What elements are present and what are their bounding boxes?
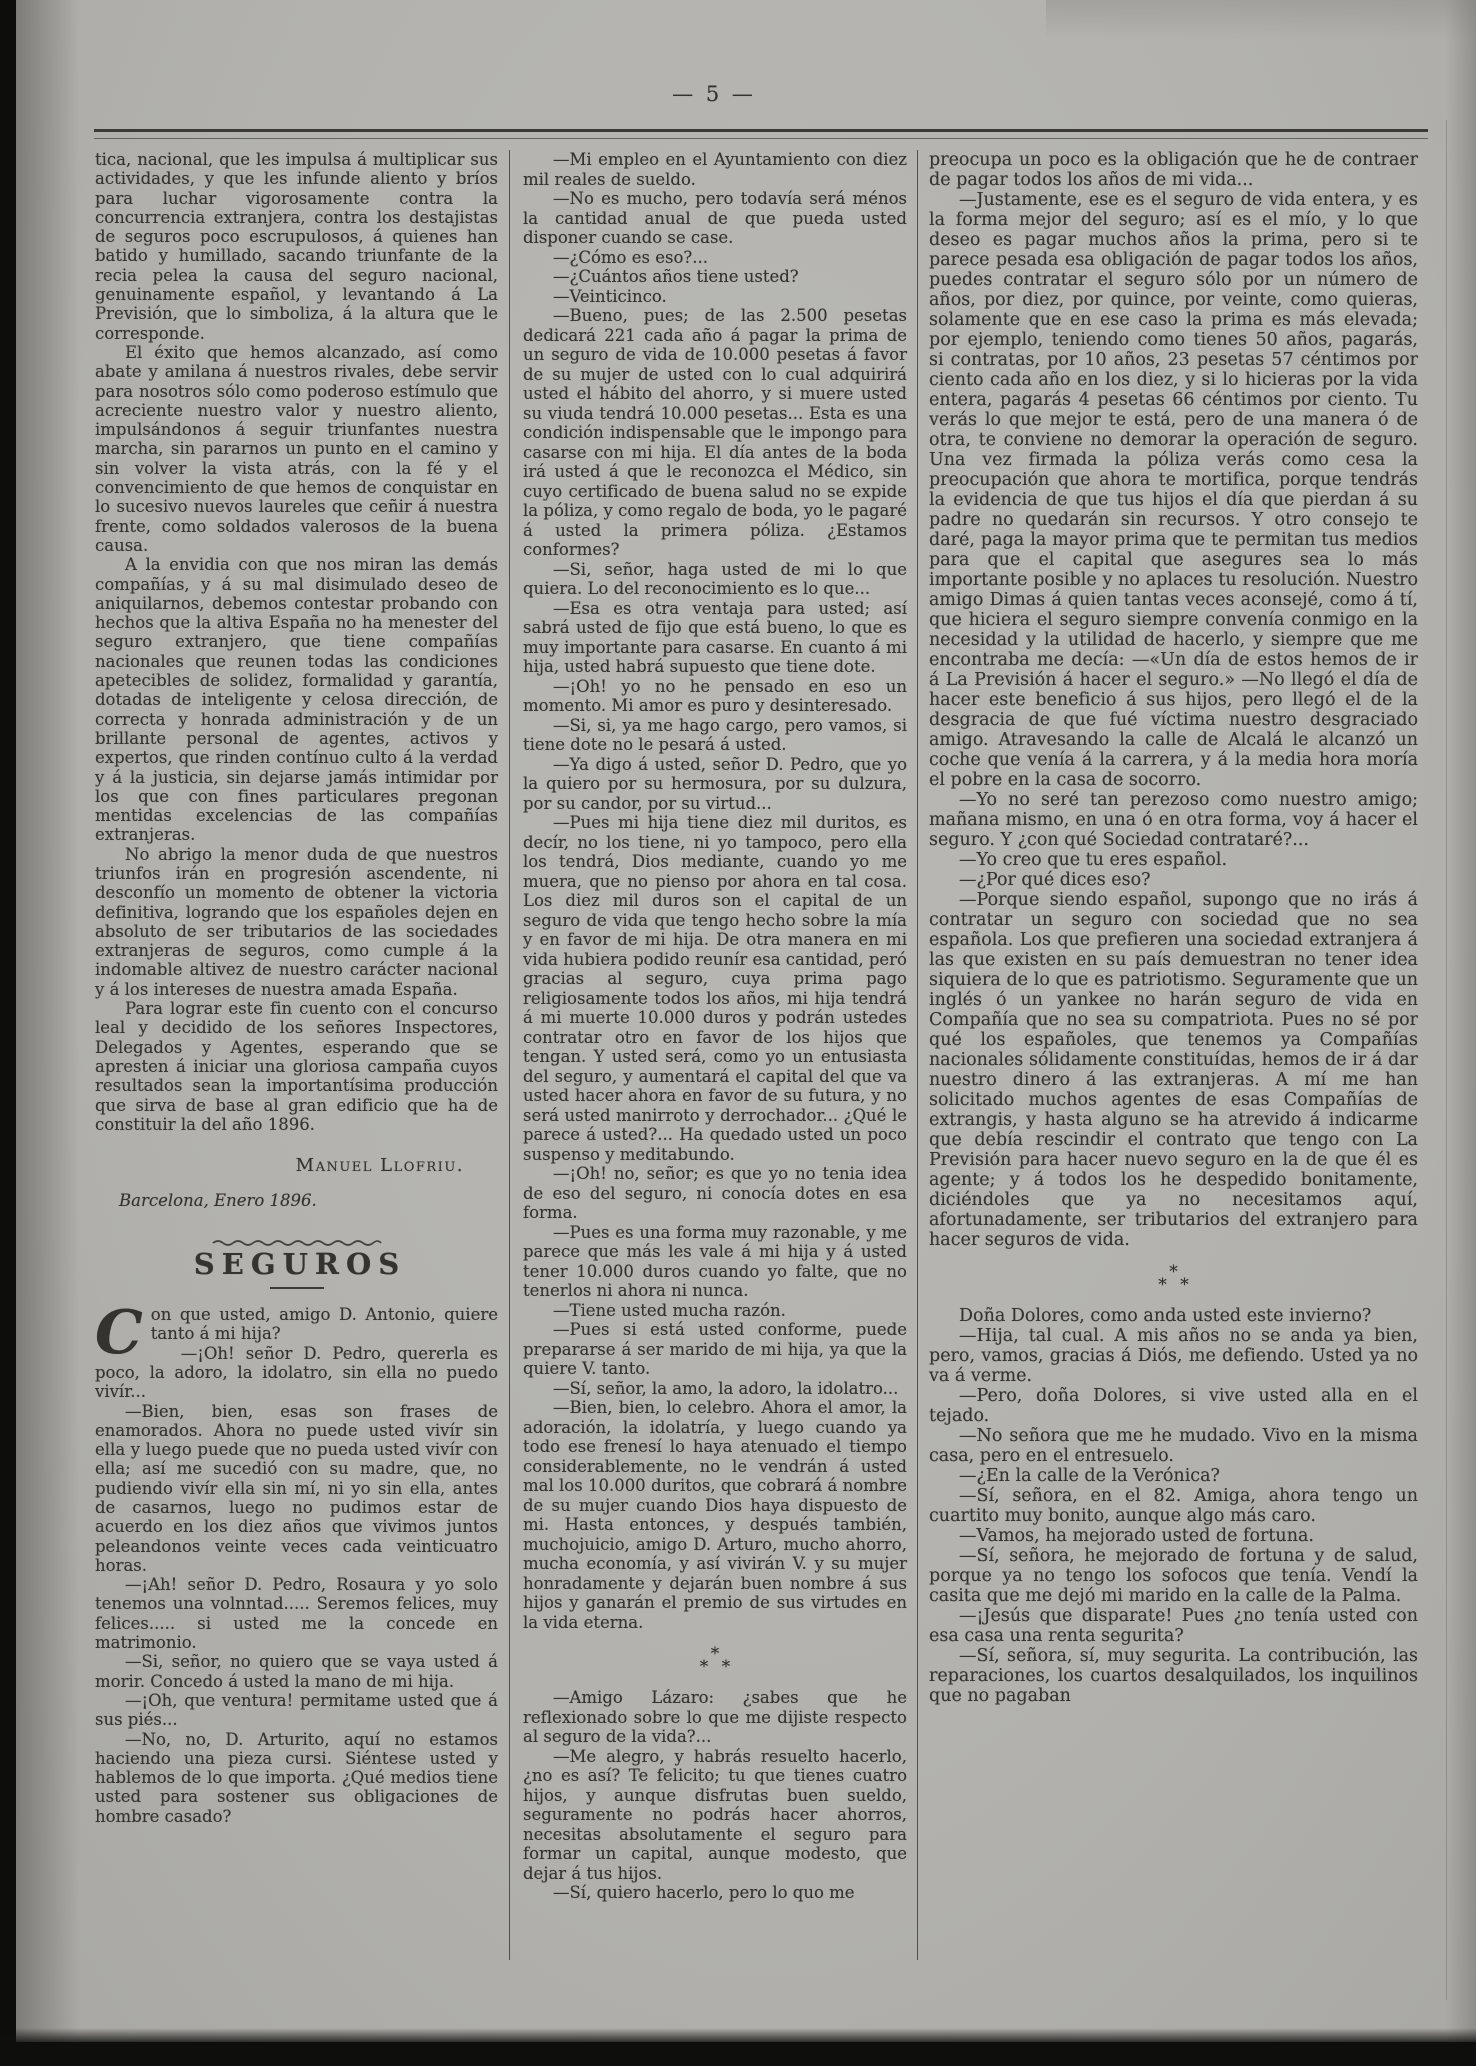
dateline: Barcelona, Enero 1896.: [95, 1191, 498, 1210]
dialogue-paragraph: —No señora que me he mudado. Vivo en la …: [929, 1426, 1418, 1466]
asterisk-divider: * * *: [523, 1648, 907, 1674]
dialogue-paragraph: Doña Dolores, como anda usted este invie…: [929, 1306, 1418, 1326]
spine-shadow: [16, 0, 80, 2066]
page-right-edge: [1446, 0, 1476, 2066]
dialogue-paragraph: —Amigo Lázaro: ¿sabes que he reflexionad…: [523, 1688, 907, 1747]
dialogue-paragraph: —Pero, doña Dolores, si vive usted alla …: [929, 1386, 1418, 1426]
dialogue-paragraph: —Me alegro, y habrás resuelto hacerlo, ¿…: [523, 1747, 907, 1884]
section-title-rule: [270, 1287, 324, 1289]
dialogue-paragraph: —Hija, tal cual. A mis años no se anda y…: [929, 1326, 1418, 1386]
header-double-rule: [94, 129, 1428, 139]
page-bottom-edge: [0, 2042, 1476, 2066]
dialogue-paragraph: —Yo no seré tan perezoso como nuestro am…: [929, 790, 1418, 850]
column-rule-right: [917, 150, 918, 1960]
section-title: SEGUROS: [95, 1255, 498, 1274]
dialogue-paragraph: —Sí, señora, he mejorado de fortuna y de…: [929, 1546, 1418, 1606]
article-paragraph: No abrigo la menor duda de que nuestros …: [95, 845, 498, 999]
dialogue-paragraph: —¿Cuántos años tiene usted?: [523, 267, 907, 287]
wavy-divider: [212, 1233, 382, 1243]
asterisk-bottom: * *: [1154, 1279, 1192, 1292]
dialogue-paragraph: —Bien, bien, lo celebro. Ahora el amor, …: [523, 1398, 907, 1632]
dialogue-paragraph: —Bien, bien, esas son frases de enamorad…: [95, 1402, 498, 1576]
drop-cap-initial: C: [95, 1305, 151, 1356]
dialogue-paragraph: —Sí, quiero hacerlo, pero lo quo me: [523, 1883, 907, 1903]
dialogue-paragraph: —¡Oh! no, señor; es que yo no tenia idea…: [523, 1164, 907, 1223]
article-paragraph: El éxito que hemos alcanzado, así como a…: [95, 343, 498, 555]
dialogue-paragraph: —Veinticinco.: [523, 287, 907, 307]
dialogue-paragraph: —¡Oh! yo no he pensado en eso un momento…: [523, 677, 907, 716]
dialogue-paragraph: —Si, señor, haga usted de mi lo que quie…: [523, 560, 907, 599]
dialogue-paragraph: —Pues si está usted conforme, puede prep…: [523, 1320, 907, 1379]
article-paragraph: A la envidia con que nos miran las demás…: [95, 555, 498, 844]
column-3: preocupa un poco es la obligación que he…: [929, 150, 1418, 1706]
article-paragraph: tica, nacional, que les impulsa á multip…: [95, 150, 498, 343]
dialogue-paragraph: —Mi empleo en el Ayuntamiento con diez m…: [523, 150, 907, 189]
dialogue-paragraph: —Esa es otra ventaja para usted; así sab…: [523, 599, 907, 677]
dialogue-paragraph: —¡Oh, que ventura! permitame usted que á…: [95, 1691, 498, 1730]
dialogue-paragraph: —Sí, señora, sí, muy segurita. La contri…: [929, 1646, 1418, 1706]
article-paragraph: Para lograr este fin cuento con el concu…: [95, 999, 498, 1134]
dialogue-paragraph: —No, no, D. Arturito, aquí no estamos ha…: [95, 1730, 498, 1826]
dialogue-paragraph: —Pues mi hija tiene diez mil duritos, es…: [523, 813, 907, 1164]
dialogue-paragraph: —Si, si, ya me hago cargo, pero vamos, s…: [523, 716, 907, 755]
dialogue-paragraph: —Sí, señora, en el 82. Amiga, ahora teng…: [929, 1486, 1418, 1526]
column-2: —Mi empleo en el Ayuntamiento con diez m…: [523, 150, 907, 1903]
dialogue-paragraph: —¡Oh! señor D. Pedro, quererla es poco, …: [95, 1344, 498, 1402]
page-bottom-shadow: [0, 2028, 1476, 2042]
dialogue-paragraph: —Tiene usted mucha razón.: [523, 1301, 907, 1321]
asterisk-divider: * * *: [929, 1266, 1418, 1292]
page-number: — 5 —: [594, 82, 834, 106]
dialogue-paragraph: —Yo creo que tu eres español.: [929, 850, 1418, 870]
dialogue-paragraph: —Ya digo á usted, señor D. Pedro, que yo…: [523, 755, 907, 814]
scanned-newspaper-page: — 5 — tica, nacional, que les impulsa á …: [0, 0, 1476, 2066]
dialogue-paragraph: preocupa un poco es la obligación que he…: [929, 150, 1418, 190]
book-spine-edge: [0, 0, 16, 2066]
dialogue-paragraph: —Pues es una forma muy razonable, y me p…: [523, 1223, 907, 1301]
dialogue-paragraph: —Justamente, ese es el seguro de vida en…: [929, 190, 1418, 790]
asterisk-bottom: * *: [696, 1661, 734, 1674]
dialogue-paragraph: —¡Jesús que disparate! Pues ¿no tenía us…: [929, 1606, 1418, 1646]
dialogue-paragraph: —Vamos, ha mejorado usted de fortuna.: [929, 1526, 1418, 1546]
column-rule-left: [509, 150, 510, 1960]
dialogue-paragraph: Con que usted, amigo D. Antonio, quiere …: [95, 1305, 498, 1344]
author-signature: Manuel Llofriu.: [95, 1156, 498, 1175]
dialogue-text: on que usted, amigo D. Antonio, quiere t…: [151, 1305, 498, 1343]
dialogue-paragraph: —No es mucho, pero todavía será ménos la…: [523, 189, 907, 248]
dialogue-paragraph: —Si, señor, no quiero que se vaya usted …: [95, 1652, 498, 1691]
scan-top-smudge: [1046, 0, 1476, 40]
dialogue-paragraph: —¡Ah! señor D. Pedro, Rosaura y yo solo …: [95, 1575, 498, 1652]
column-1: tica, nacional, que les impulsa á multip…: [95, 150, 498, 1826]
dialogue-paragraph: —Porque siendo español, supongo que no i…: [929, 890, 1418, 1250]
dialogue-paragraph: —Bueno, pues; de las 2.500 pesetas dedic…: [523, 306, 907, 560]
dialogue-paragraph: —¿Cómo es eso?...: [523, 248, 907, 268]
dialogue-paragraph: —¿En la calle de la Verónica?: [929, 1466, 1418, 1486]
dialogue-paragraph: —Sí, señor, la amo, la adoro, la idolatr…: [523, 1379, 907, 1399]
dialogue-paragraph: —¿Por qué dices eso?: [929, 870, 1418, 890]
